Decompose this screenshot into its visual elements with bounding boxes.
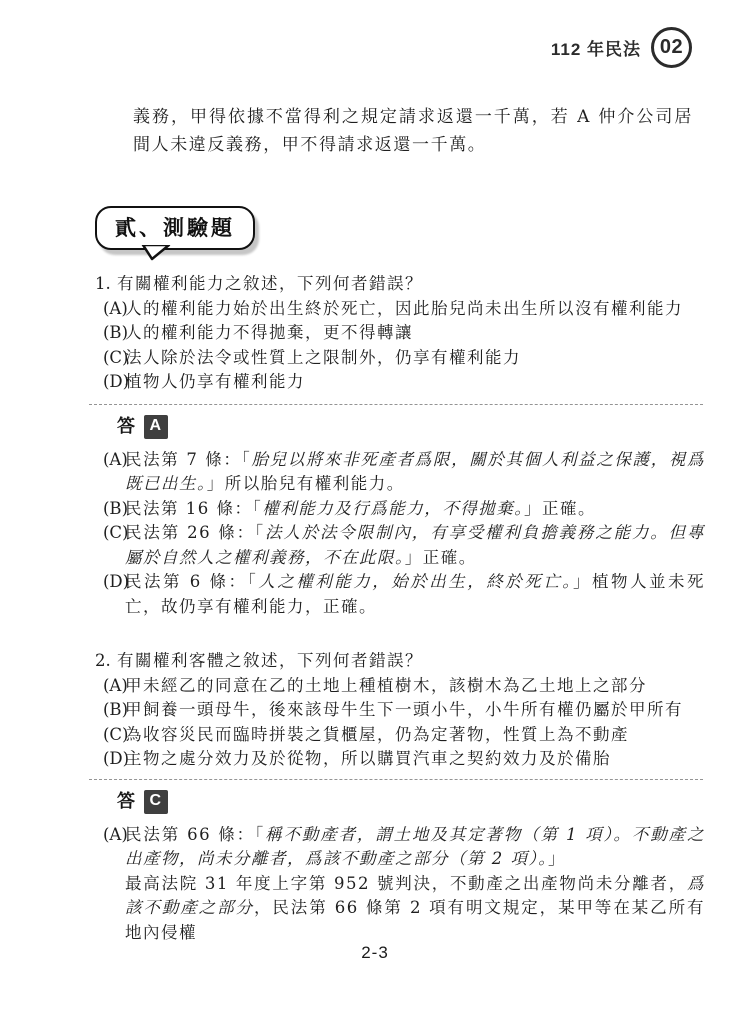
- option-marker: (D): [103, 370, 129, 395]
- answer-header: 答 C: [117, 789, 705, 815]
- option-marker: (A): [103, 674, 128, 699]
- explanation-a: (A) 民法第 66 條：「稱不動產者，謂土地及其定著物（第 1 項）。不動產之…: [95, 823, 705, 872]
- explanation-text: 民法第 66 條：「稱不動產者，謂土地及其定著物（第 1 項）。不動產之出產物，…: [125, 825, 705, 869]
- option-marker: (C): [103, 723, 129, 748]
- answer-letter-badge: C: [144, 790, 168, 814]
- explanation-c: (C) 民法第 26 條：「法人於法令限制內，有享受權利負擔義務之能力。但專屬於…: [95, 521, 705, 570]
- answer-letter-badge: A: [144, 415, 168, 439]
- explanation-b: (B) 民法第 16 條：「權利能力及行爲能力，不得拋棄。」正確。: [95, 497, 705, 522]
- answer-header: 答 A: [117, 414, 705, 440]
- question-number: 1.: [95, 272, 111, 297]
- answer-divider: [89, 779, 703, 780]
- chapter-number-badge: 02: [651, 27, 692, 68]
- explanation-text: 民法第 7 條：「胎兒以將來非死產者爲限，關於其個人利益之保護，視爲既已出生。」…: [125, 450, 705, 494]
- option-b: (B) 甲飼養一頭母牛，後來該母牛生下一頭小牛，小牛所有權仍屬於甲所有: [95, 698, 705, 723]
- option-text: 甲飼養一頭母牛，後來該母牛生下一頭小牛，小牛所有權仍屬於甲所有: [125, 700, 683, 719]
- option-text: 主物之處分效力及於從物，所以購買汽車之契約效力及於備胎: [125, 749, 611, 768]
- document-page: 112 年民法 02 義務，甲得依據不當得利之規定請求返還一千萬，若 A 仲介公…: [0, 0, 750, 1017]
- intro-paragraph: 義務，甲得依據不當得利之規定請求返還一千萬，若 A 仲介公司居間人未違反義務，甲…: [133, 103, 693, 159]
- option-d: (D) 植物人仍享有權利能力: [95, 370, 705, 395]
- explanations: (A) 民法第 66 條：「稱不動產者，謂土地及其定著物（第 1 項）。不動產之…: [95, 823, 705, 946]
- option-text: 人的權利能力不得拋棄，更不得轉讓: [125, 323, 413, 342]
- question-stem-row: 2. 有關權利客體之敘述，下列何者錯誤？: [95, 649, 705, 674]
- option-text: 甲未經乙的同意在乙的土地上種植樹木，該樹木為乙土地上之部分: [125, 676, 647, 695]
- option-marker: (D): [103, 747, 129, 772]
- explanation-marker: (D): [103, 570, 129, 595]
- options-list: (A) 人的權利能力始於出生終於死亡，因此胎兒尚未出生所以沒有權利能力 (B) …: [95, 297, 705, 395]
- option-text: 法人除於法令或性質上之限制外，仍享有權利能力: [125, 348, 521, 367]
- explanations: (A) 民法第 7 條：「胎兒以將來非死產者爲限，關於其個人利益之保護，視爲既已…: [95, 448, 705, 620]
- option-marker: (C): [103, 346, 129, 371]
- explanation-text: 民法第 16 條：「權利能力及行爲能力，不得拋棄。」正確。: [125, 499, 596, 518]
- question-area: 1. 有關權利能力之敘述，下列何者錯誤？ (A) 人的權利能力始於出生終於死亡，…: [95, 272, 705, 945]
- question-1: 1. 有關權利能力之敘述，下列何者錯誤？ (A) 人的權利能力始於出生終於死亡，…: [95, 272, 705, 619]
- answer-divider: [89, 404, 703, 405]
- option-text: 人的權利能力始於出生終於死亡，因此胎兒尚未出生所以沒有權利能力: [125, 299, 683, 318]
- question-stem-row: 1. 有關權利能力之敘述，下列何者錯誤？: [95, 272, 705, 297]
- explanation-marker: (C): [103, 521, 129, 546]
- option-marker: (A): [103, 297, 128, 322]
- option-marker: (B): [103, 698, 128, 723]
- options-list: (A) 甲未經乙的同意在乙的土地上種植樹木，該樹木為乙土地上之部分 (B) 甲飼…: [95, 674, 705, 772]
- section-header: 貳、測驗題: [95, 206, 255, 250]
- section-bubble: 貳、測驗題: [95, 206, 255, 250]
- explanation-text: 最高法院 31 年度上字第 952 號判決，不動產之出產物尚未分離者，爲該不動產…: [125, 874, 705, 942]
- option-text: 植物人仍享有權利能力: [125, 372, 305, 391]
- option-text: 為收容災民而臨時拼裝之貨櫃屋，仍為定著物，性質上為不動產: [125, 725, 629, 744]
- chapter-title: 112 年民法: [551, 35, 641, 60]
- explanation-court-ruling: 最高法院 31 年度上字第 952 號判決，不動產之出產物尚未分離者，爲該不動產…: [95, 872, 705, 946]
- answer-label: 答: [117, 789, 135, 814]
- option-d: (D) 主物之處分效力及於從物，所以購買汽車之契約效力及於備胎: [95, 747, 705, 772]
- page-header: 112 年民法 02: [0, 27, 692, 68]
- answer-label: 答: [117, 414, 135, 439]
- option-marker: (B): [103, 321, 128, 346]
- speech-tail-icon: [141, 245, 171, 261]
- explanation-marker: (A): [103, 823, 128, 848]
- explanation-text: 民法第 6 條：「人之權利能力，始於出生，終於死亡。」植物人並未死亡，故仍享有權…: [125, 572, 705, 616]
- option-b: (B) 人的權利能力不得拋棄，更不得轉讓: [95, 321, 705, 346]
- option-a: (A) 人的權利能力始於出生終於死亡，因此胎兒尚未出生所以沒有權利能力: [95, 297, 705, 322]
- question-stem: 有關權利能力之敘述，下列何者錯誤？: [117, 274, 423, 293]
- explanation-marker: (A): [103, 448, 128, 473]
- explanation-d: (D) 民法第 6 條：「人之權利能力，始於出生，終於死亡。」植物人並未死亡，故…: [95, 570, 705, 619]
- question-stem: 有關權利客體之敘述，下列何者錯誤？: [117, 651, 423, 670]
- explanation-marker: (B): [103, 497, 128, 522]
- option-c: (C) 為收容災民而臨時拼裝之貨櫃屋，仍為定著物，性質上為不動產: [95, 723, 705, 748]
- explanation-a: (A) 民法第 7 條：「胎兒以將來非死產者爲限，關於其個人利益之保護，視爲既已…: [95, 448, 705, 497]
- page-number: 2-3: [0, 943, 750, 963]
- question-number: 2.: [95, 649, 111, 674]
- section-label: 貳、測驗題: [115, 217, 235, 240]
- option-c: (C) 法人除於法令或性質上之限制外，仍享有權利能力: [95, 346, 705, 371]
- question-2: 2. 有關權利客體之敘述，下列何者錯誤？ (A) 甲未經乙的同意在乙的土地上種植…: [95, 649, 705, 945]
- explanation-text: 民法第 26 條：「法人於法令限制內，有享受權利負擔義務之能力。但專屬於自然人之…: [125, 523, 705, 567]
- option-a: (A) 甲未經乙的同意在乙的土地上種植樹木，該樹木為乙土地上之部分: [95, 674, 705, 699]
